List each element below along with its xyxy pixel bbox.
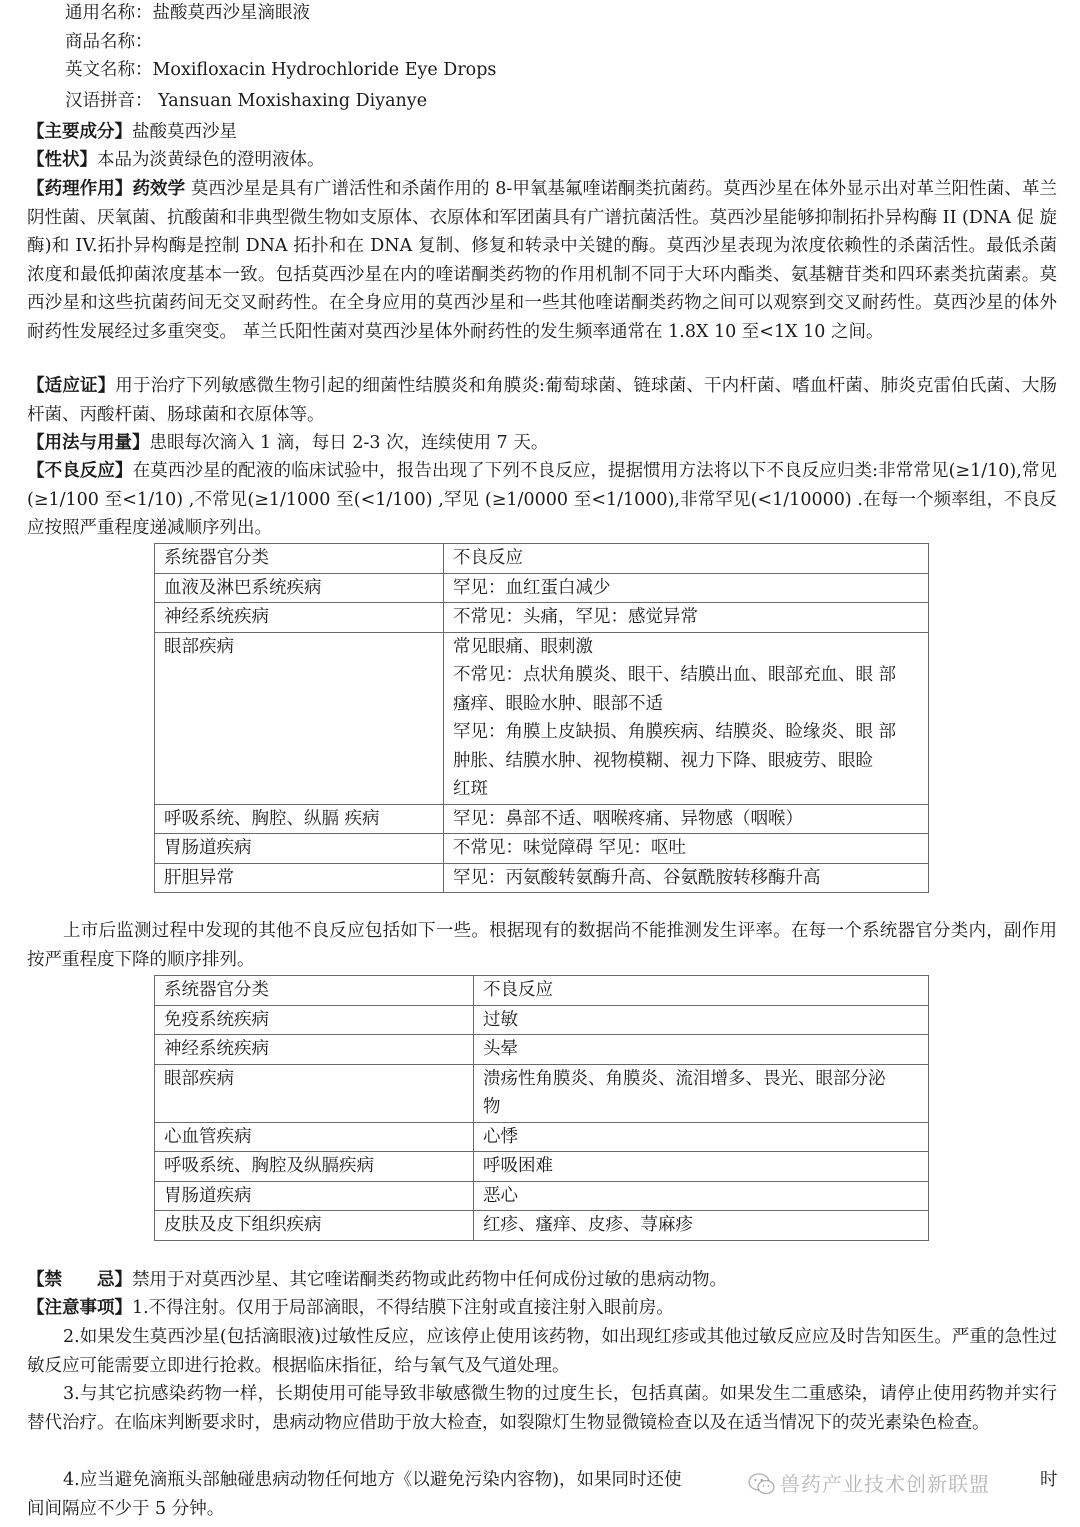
precautions-item-4-line-1: 4.应当避免滴瓶头部触碰患病动物任何地方《以避免污染内容物)，如果同时还使 xyxy=(63,1466,682,1494)
english-name: Moxifloxacin Hydrochloride Eye Drops xyxy=(153,60,497,80)
organ-cell: 呼吸系统、胸腔及纵膈疾病 xyxy=(155,1152,474,1182)
contraindications-heading: 【禁 忌】 xyxy=(27,1270,132,1290)
table-row: 神经系统疾病 不常见：头痛，罕见：感觉异常 xyxy=(155,603,929,633)
reaction-cell: 不常见：味觉障碍 罕见：呕吐 xyxy=(444,834,929,864)
reaction-line: 常见眼痛、眼刺激 xyxy=(453,633,919,662)
pharmacology-subheading: 药效学 xyxy=(132,179,185,199)
precautions-text-1: 1.不得注射。仅用于局部滴眼，不得结膜下注射或直接注射入眼前房。 xyxy=(132,1298,674,1318)
reaction-cell: 罕见：鼻部不适、咽喉疼痛、异物感（咽喉） xyxy=(444,804,929,834)
reaction-cell: 心悸 xyxy=(474,1122,929,1152)
reaction-cell: 常见眼痛、眼刺激 不常见：点状角膜炎、眼干、结膜出血、眼部充血、眼 部 瘙痒、眼… xyxy=(444,632,929,804)
pharmacology-heading: 【药理作用】 xyxy=(27,179,132,199)
reaction-line: 罕见：角膜上皮缺损、角膜疾病、结膜炎、睑缘炎、眼 部 xyxy=(453,718,919,747)
header-adverse-reaction: 不良反应 xyxy=(444,544,929,574)
contraindications-text: 禁用于对莫西沙星、其它喹诺酮类药物或此药物中任何成份过敏的患病动物。 xyxy=(132,1270,727,1290)
organ-cell: 心血管疾病 xyxy=(155,1122,474,1152)
generic-name: 盐酸莫西沙星滴眼液 xyxy=(153,3,311,23)
table-header-row: 系统器官分类 不良反应 xyxy=(155,544,929,574)
table-row: 心血管疾病 心悸 xyxy=(155,1122,929,1152)
appearance-text: 本品为淡黄绿色的澄明液体。 xyxy=(97,150,325,170)
header-adverse-reaction: 不良反应 xyxy=(474,976,929,1006)
table-row: 呼吸系统、胸腔及纵膈疾病 呼吸困难 xyxy=(155,1152,929,1182)
english-name-line: 英文名称：Moxifloxacin Hydrochloride Eye Drop… xyxy=(65,56,496,84)
table-row: 眼部疾病 常见眼痛、眼刺激 不常见：点状角膜炎、眼干、结膜出血、眼部充血、眼 部… xyxy=(155,632,929,804)
organ-cell: 眼部疾病 xyxy=(155,1064,474,1122)
reaction-cell: 呼吸困难 xyxy=(474,1152,929,1182)
watermark-text: 兽药产业技术创新联盟 xyxy=(780,1472,990,1496)
table-row: 免疫系统疾病 过敏 xyxy=(155,1005,929,1035)
table-row: 神经系统疾病 头晕 xyxy=(155,1035,929,1065)
reaction-cell: 头晕 xyxy=(474,1035,929,1065)
reaction-line: 物 xyxy=(483,1093,919,1122)
appearance-heading: 【性状】 xyxy=(27,150,97,170)
contraindications-section: 【禁 忌】禁用于对莫西沙星、其它喹诺酮类药物或此药物中任何成份过敏的患病动物。 xyxy=(27,1266,727,1294)
table-row: 肝胆异常 罕见：丙氨酸转氨酶升高、谷氨酰胺转移酶升高 xyxy=(155,863,929,893)
table-row: 呼吸系统、胸腔、纵膈 疾病 罕见：鼻部不适、咽喉疼痛、异物感（咽喉） xyxy=(155,804,929,834)
clinical-adverse-reactions-table: 系统器官分类 不良反应 血液及淋巴系统疾病 罕见：血红蛋白减少 神经系统疾病 不… xyxy=(154,543,929,893)
precautions-item-3: 3.与其它抗感染药物一样，长期使用可能导致非敏感微生物的过度生长，包括真菌。如果… xyxy=(27,1380,1057,1437)
organ-cell: 胃肠道疾病 xyxy=(155,834,444,864)
precautions-item-1: 【注意事项】1.不得注射。仅用于局部滴眼，不得结膜下注射或直接注射入眼前房。 xyxy=(27,1294,674,1322)
header-organ-class: 系统器官分类 xyxy=(155,976,474,1006)
organ-cell: 免疫系统疾病 xyxy=(155,1005,474,1035)
trade-name-label: 商品名称： xyxy=(65,28,153,56)
table-row: 血液及淋巴系统疾病 罕见：血红蛋白减少 xyxy=(155,573,929,603)
ingredients-section: 【主要成分】盐酸莫西沙星 xyxy=(27,118,237,146)
adverse-reactions-section: 【不良反应】在莫西沙星的配液的临床试验中，报告出现了下列不良反应，提据惯用方法将… xyxy=(27,457,1057,543)
table-row: 胃肠道疾病 恶心 xyxy=(155,1181,929,1211)
adverse-reactions-text: 在莫西沙星的配液的临床试验中，报告出现了下列不良反应，提据惯用方法将以下不良反应… xyxy=(27,461,1057,538)
table-row: 胃肠道疾病 不常见：味觉障碍 罕见：呕吐 xyxy=(155,834,929,864)
ingredients-text: 盐酸莫西沙星 xyxy=(132,122,237,142)
generic-name-line: 通用名称：盐酸莫西沙星滴眼液 xyxy=(65,0,310,27)
organ-cell: 皮肤及皮下组织疾病 xyxy=(155,1211,474,1241)
indications-text: 用于治疗下列敏感微生物引起的细菌性结膜炎和角膜炎:葡萄球菌、链球菌、干内杆菌、嗜… xyxy=(27,376,1057,425)
reaction-line: 瘙痒、眼睑水肿、眼部不适 xyxy=(453,690,919,719)
reaction-cell: 溃疡性角膜炎、角膜炎、流泪增多、畏光、眼部分泌 物 xyxy=(474,1064,929,1122)
organ-cell: 呼吸系统、胸腔、纵膈 疾病 xyxy=(155,804,444,834)
precautions-item-2: 2.如果发生莫西沙星(包括滴眼液)过敏性反应，应该停止使用该药物，如出现红疹或其… xyxy=(27,1323,1057,1380)
reaction-cell: 不常见：头痛，罕见：感觉异常 xyxy=(444,603,929,633)
watermark: 兽药产业技术创新联盟 xyxy=(748,1468,990,1497)
reaction-cell: 罕见：丙氨酸转氨酶升高、谷氨酰胺转移酶升高 xyxy=(444,863,929,893)
adverse-reactions-heading: 【不良反应】 xyxy=(27,461,133,481)
reaction-cell: 罕见：血红蛋白减少 xyxy=(444,573,929,603)
dosage-heading: 【用法与用量】 xyxy=(27,433,150,453)
precautions-item-4-line-2: 间间隔应不少于 5 分钟。 xyxy=(27,1495,224,1523)
wechat-icon xyxy=(748,1473,776,1495)
pinyin-label: 汉语拼音： xyxy=(65,87,153,115)
organ-cell: 神经系统疾病 xyxy=(155,1035,474,1065)
reaction-cell: 恶心 xyxy=(474,1181,929,1211)
trade-name-line: 商品名称： xyxy=(65,28,153,56)
reaction-cell: 过敏 xyxy=(474,1005,929,1035)
indications-heading: 【适应证】 xyxy=(27,376,115,396)
pinyin: Yansuan Moxishaxing Diyanye xyxy=(153,91,428,111)
organ-cell: 血液及淋巴系统疾病 xyxy=(155,573,444,603)
pharmacology-section: 【药理作用】药效学 莫西沙星是具有广谱活性和杀菌作用的 8-甲氧基氟喹诺酮类抗菌… xyxy=(27,175,1057,346)
postmarketing-intro: 上市后监测过程中发现的其他不良反应包括如下一些。根据现有的数据尚不能推测发生评率… xyxy=(27,917,1057,974)
table-header-row: 系统器官分类 不良反应 xyxy=(155,976,929,1006)
dosage-section: 【用法与用量】患眼每次滴入 1 滴，每日 2-3 次，连续使用 7 天。 xyxy=(27,429,548,457)
indications-section: 【适应证】用于治疗下列敏感微生物引起的细菌性结膜炎和角膜炎:葡萄球菌、链球菌、干… xyxy=(27,372,1057,429)
organ-cell: 神经系统疾病 xyxy=(155,603,444,633)
postmarketing-adverse-reactions-table: 系统器官分类 不良反应 免疫系统疾病 过敏 神经系统疾病 头晕 眼部疾病 溃疡性… xyxy=(154,975,929,1241)
table-row: 皮肤及皮下组织疾病 红疹、瘙痒、皮疹、荨麻疹 xyxy=(155,1211,929,1241)
organ-cell: 肝胆异常 xyxy=(155,863,444,893)
precautions-item-4-tail: 时 xyxy=(1040,1466,1058,1494)
organ-cell: 眼部疾病 xyxy=(155,632,444,804)
appearance-section: 【性状】本品为淡黄绿色的澄明液体。 xyxy=(27,146,325,174)
precautions-item-4-text: 4.应当避免滴瓶头部触碰患病动物任何地方《以避免污染内容物)，如果同时还使 xyxy=(63,1470,682,1490)
reaction-line: 不常见：点状角膜炎、眼干、结膜出血、眼部充血、眼 部 xyxy=(453,661,919,690)
pharmacology-text: 莫西沙星是具有广谱活性和杀菌作用的 8-甲氧基氟喹诺酮类抗菌药。莫西沙星在体外显… xyxy=(27,179,1057,342)
header-organ-class: 系统器官分类 xyxy=(155,544,444,574)
reaction-line: 肿胀、结膜水肿、视物模糊、视力下降、眼疲劳、眼睑 xyxy=(453,747,919,776)
table-row: 眼部疾病 溃疡性角膜炎、角膜炎、流泪增多、畏光、眼部分泌 物 xyxy=(155,1064,929,1122)
reaction-cell: 红疹、瘙痒、皮疹、荨麻疹 xyxy=(474,1211,929,1241)
dosage-text: 患眼每次滴入 1 滴，每日 2-3 次，连续使用 7 天。 xyxy=(150,433,549,453)
precautions-heading: 【注意事项】 xyxy=(27,1298,132,1318)
generic-name-label: 通用名称： xyxy=(65,0,153,27)
reaction-line: 红斑 xyxy=(453,775,919,804)
organ-cell: 胃肠道疾病 xyxy=(155,1181,474,1211)
english-name-label: 英文名称： xyxy=(65,56,153,84)
pinyin-line: 汉语拼音： Yansuan Moxishaxing Diyanye xyxy=(65,87,427,115)
ingredients-heading: 【主要成分】 xyxy=(27,122,132,142)
reaction-line: 溃疡性角膜炎、角膜炎、流泪增多、畏光、眼部分泌 xyxy=(483,1065,919,1094)
